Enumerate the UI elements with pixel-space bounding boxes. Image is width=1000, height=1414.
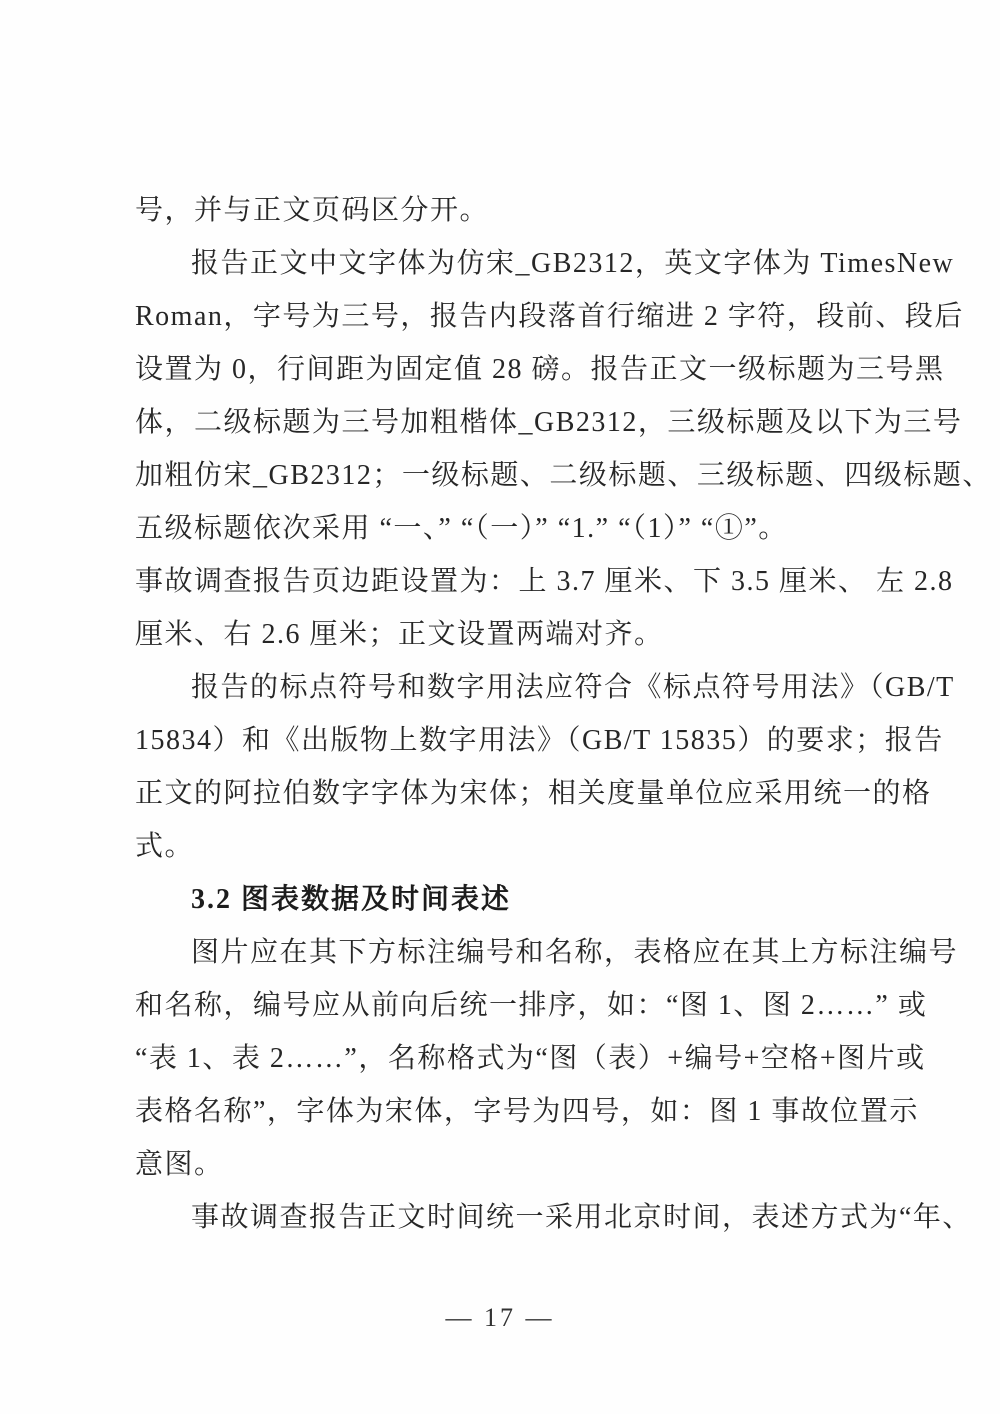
- text-line: Roman，字号为三号，报告内段落首行缩进 2 字符，段前、段后: [135, 290, 895, 343]
- text-line: 事故调查报告页边距设置为：上 3.7 厘米、下 3.5 厘米、 左 2.8: [135, 555, 895, 608]
- text-line: 五级标题依次采用 “一、” “（一）” “1.” “（1）” “①”。: [135, 502, 895, 555]
- text-line: 意图。: [135, 1138, 895, 1191]
- text-line: 报告正文中文字体为仿宋_GB2312，英文字体为 TimesNew: [135, 237, 895, 290]
- text-line: 号，并与正文页码区分开。: [135, 184, 895, 237]
- text-line: 图片应在其下方标注编号和名称，表格应在其上方标注编号: [135, 926, 895, 979]
- document-page: 号，并与正文页码区分开。报告正文中文字体为仿宋_GB2312，英文字体为 Tim…: [0, 0, 1000, 1414]
- section-heading: 3.2 图表数据及时间表述: [135, 873, 895, 926]
- text-line: 正文的阿拉伯数字字体为宋体；相关度量单位应采用统一的格: [135, 767, 895, 820]
- page-number: — 17 —: [0, 1303, 1000, 1333]
- text-line: 事故调查报告正文时间统一采用北京时间，表述方式为“年、: [135, 1191, 895, 1244]
- document-body: 号，并与正文页码区分开。报告正文中文字体为仿宋_GB2312，英文字体为 Tim…: [135, 184, 895, 1244]
- text-line: 表格名称”，字体为宋体，字号为四号，如：图 1 事故位置示: [135, 1085, 895, 1138]
- text-line: 式。: [135, 820, 895, 873]
- text-line: 15834）和《出版物上数字用法》（GB/T 15835）的要求；报告: [135, 714, 895, 767]
- text-line: 设置为 0，行间距为固定值 28 磅。报告正文一级标题为三号黑: [135, 343, 895, 396]
- text-line: 体，二级标题为三号加粗楷体_GB2312，三级标题及以下为三号: [135, 396, 895, 449]
- text-line: 厘米、右 2.6 厘米；正文设置两端对齐。: [135, 608, 895, 661]
- text-line: 和名称，编号应从前向后统一排序，如：“图 1、图 2……” 或: [135, 979, 895, 1032]
- text-line: 加粗仿宋_GB2312；一级标题、二级标题、三级标题、四级标题、: [135, 449, 895, 502]
- text-line: “表 1、表 2……”，名称格式为“图（表）+编号+空格+图片或: [135, 1032, 895, 1085]
- text-line: 报告的标点符号和数字用法应符合《标点符号用法》（GB/T: [135, 661, 895, 714]
